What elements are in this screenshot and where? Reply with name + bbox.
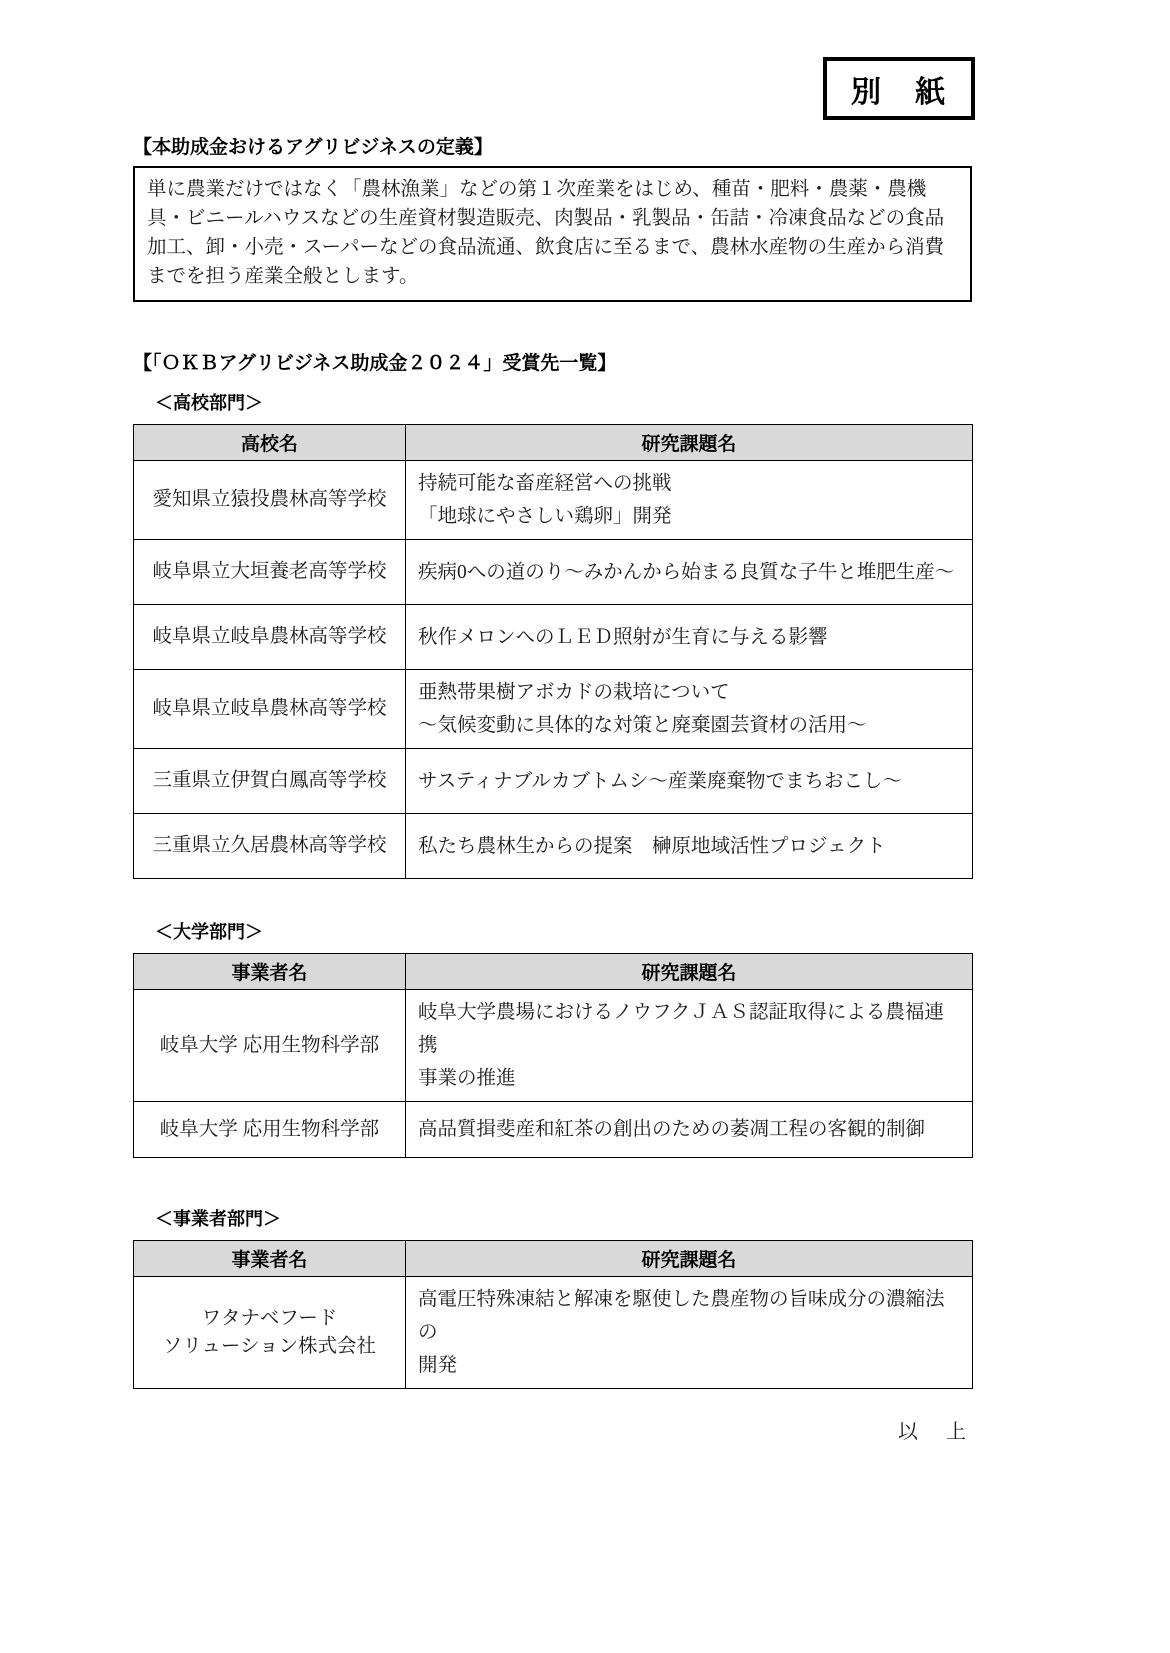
table-header-row: 事業者名 研究課題名 — [134, 954, 973, 990]
document-content: 【本助成金おけるアグリビジネスの定義】 単に農業だけではなく「農林漁業」などの第… — [133, 0, 972, 1444]
university-table: 事業者名 研究課題名 岐阜大学 応用生物科学部 岐阜大学農場におけるノウフクＪＡ… — [133, 953, 973, 1158]
research-topic-cell: 持続可能な畜産経営への挑戦 「地球にやさしい鶏卵」開発 — [406, 461, 973, 540]
table-row: ワタナベフード ソリューション株式会社 高電圧特殊凍結と解凍を駆使した農産物の旨… — [134, 1277, 973, 1389]
business-table: 事業者名 研究課題名 ワタナベフード ソリューション株式会社 高電圧特殊凍結と解… — [133, 1240, 973, 1389]
awards-list-heading: 【「ＯＫＢアグリビジネス助成金２０２４」受賞先一覧】 — [133, 350, 972, 378]
column-header-organization-name: 事業者名 — [134, 954, 406, 990]
school-name-cell: 三重県立伊賀白鳳高等学校 — [134, 749, 406, 814]
school-name-cell: 岐阜県立岐阜農林高等学校 — [134, 670, 406, 749]
section-title-business: ＜事業者部門＞ — [133, 1206, 972, 1232]
document-page: 別 紙 【本助成金おけるアグリビジネスの定義】 単に農業だけではなく「農林漁業」… — [0, 0, 1170, 1653]
research-topic-cell: 高電圧特殊凍結と解凍を駆使した農産物の旨味成分の濃縮法の 開発 — [406, 1277, 973, 1389]
table-row: 愛知県立猿投農林高等学校 持続可能な畜産経営への挑戦 「地球にやさしい鶏卵」開発 — [134, 461, 973, 540]
school-name-cell: 岐阜県立大垣養老高等学校 — [134, 540, 406, 605]
table-row: 岐阜大学 応用生物科学部 高品質揖斐産和紅茶の創出のための萎凋工程の客観的制御 — [134, 1102, 973, 1158]
table-row: 岐阜県立岐阜農林高等学校 秋作メロンへのＬＥＤ照射が生育に与える影響 — [134, 605, 973, 670]
research-topic-cell: サスティナブルカブトムシ～産業廃棄物でまちおこし～ — [406, 749, 973, 814]
table-row: 三重県立久居農林高等学校 私たち農林生からの提案 榊原地域活性プロジェクト — [134, 814, 973, 879]
table-row: 岐阜大学 応用生物科学部 岐阜大学農場におけるノウフクＪＡＳ認証取得による農福連… — [134, 990, 973, 1102]
column-header-school-name: 高校名 — [134, 425, 406, 461]
section-title-highschool: ＜高校部門＞ — [133, 390, 972, 416]
column-header-organization-name: 事業者名 — [134, 1241, 406, 1277]
research-topic-cell: 高品質揖斐産和紅茶の創出のための萎凋工程の客観的制御 — [406, 1102, 973, 1158]
organization-name-cell: 岐阜大学 応用生物科学部 — [134, 990, 406, 1102]
school-name-cell: 三重県立久居農林高等学校 — [134, 814, 406, 879]
organization-name-cell: 岐阜大学 応用生物科学部 — [134, 1102, 406, 1158]
closing-mark: 以 上 — [133, 1415, 972, 1444]
research-topic-cell: 秋作メロンへのＬＥＤ照射が生育に与える影響 — [406, 605, 973, 670]
table-row: 岐阜県立岐阜農林高等学校 亜熱帯果樹アボカドの栽培について ～気候変動に具体的な… — [134, 670, 973, 749]
school-name-cell: 愛知県立猿投農林高等学校 — [134, 461, 406, 540]
definition-heading: 【本助成金おけるアグリビジネスの定義】 — [133, 134, 972, 162]
column-header-research-topic: 研究課題名 — [406, 1241, 973, 1277]
research-topic-cell: 岐阜大学農場におけるノウフクＪＡＳ認証取得による農福連携 事業の推進 — [406, 990, 973, 1102]
definition-box: 単に農業だけではなく「農林漁業」などの第１次産業をはじめ、種苗・肥料・農薬・農機… — [133, 166, 972, 302]
table-row: 三重県立伊賀白鳳高等学校 サスティナブルカブトムシ～産業廃棄物でまちおこし～ — [134, 749, 973, 814]
column-header-research-topic: 研究課題名 — [406, 954, 973, 990]
highschool-table: 高校名 研究課題名 愛知県立猿投農林高等学校 持続可能な畜産経営への挑戦 「地球… — [133, 424, 973, 879]
table-row: 岐阜県立大垣養老高等学校 疾病0への道のり～みかんから始まる良質な子牛と堆肥生産… — [134, 540, 973, 605]
research-topic-cell: 亜熱帯果樹アボカドの栽培について ～気候変動に具体的な対策と廃棄園芸資材の活用～ — [406, 670, 973, 749]
research-topic-cell: 私たち農林生からの提案 榊原地域活性プロジェクト — [406, 814, 973, 879]
table-header-row: 高校名 研究課題名 — [134, 425, 973, 461]
school-name-cell: 岐阜県立岐阜農林高等学校 — [134, 605, 406, 670]
organization-name-cell: ワタナベフード ソリューション株式会社 — [134, 1277, 406, 1389]
table-header-row: 事業者名 研究課題名 — [134, 1241, 973, 1277]
section-title-university: ＜大学部門＞ — [133, 919, 972, 945]
research-topic-cell: 疾病0への道のり～みかんから始まる良質な子牛と堆肥生産～ — [406, 540, 973, 605]
column-header-research-topic: 研究課題名 — [406, 425, 973, 461]
